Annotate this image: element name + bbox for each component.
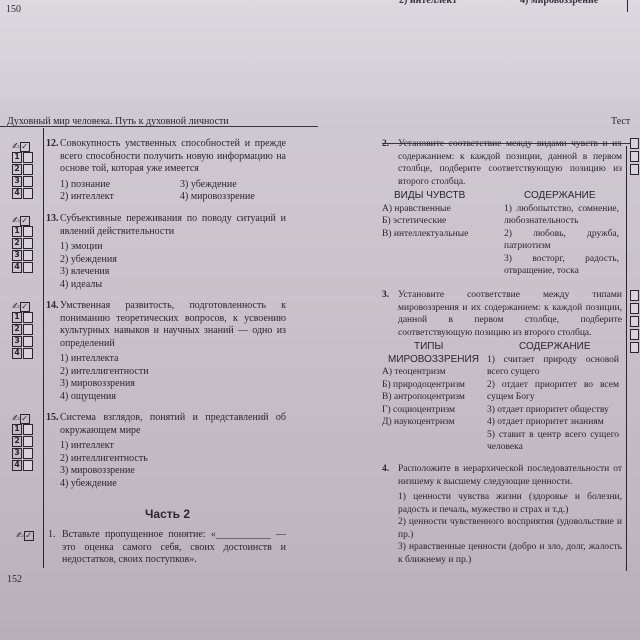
column-header-right: СОДЕРЖАНИЕ (504, 190, 619, 203)
option: 1) познание (60, 179, 180, 192)
right-item: 4) отдает приоритет знаниям (487, 416, 619, 429)
answer-cell-input[interactable] (23, 324, 33, 335)
option: 3) мировоззрение (60, 465, 286, 478)
check-icon: ✓ (20, 142, 30, 152)
answer-cell-label: 4 (12, 348, 22, 359)
answer-cell-label: 3 (12, 176, 22, 187)
answer-cell-label: 3 (12, 448, 22, 459)
part2-q1-mark: ✍✓ (16, 530, 34, 541)
option: 2) интеллигентность (60, 453, 286, 466)
check-icon: ✓ (20, 302, 30, 312)
prev-option-4: 4) мировоззрение (520, 0, 598, 6)
list-item: 2) ценности чувственного восприятия (удо… (398, 516, 622, 541)
left-margin-rule (43, 128, 44, 568)
right-item: 3) восторг, радость, отвращение, тоска (504, 253, 619, 278)
answer-cell-label: 3 (12, 336, 22, 347)
left-page-number: 152 (7, 574, 22, 585)
question-number: 3. (382, 289, 398, 339)
question-text: Расположите в иерархической последовател… (398, 463, 622, 488)
answer-cell-input[interactable] (23, 238, 33, 249)
answer-cell-input[interactable] (23, 348, 33, 359)
left-item: В) интеллектуальные (382, 228, 504, 241)
question-15: 15. Система взглядов, понятий и представ… (46, 412, 286, 490)
option: 2) интеллект (60, 191, 180, 204)
left-item: В) антропоцентризм (382, 391, 487, 404)
right-item: 2) отдает приоритет во всем сущем Богу (487, 379, 619, 404)
answer-cell-input[interactable] (23, 250, 33, 261)
option: 4) идеалы (60, 279, 286, 292)
left-item: Г) социоцентризм (382, 404, 487, 417)
question-text[interactable]: Вставьте пропущенное понятие: «_________… (62, 529, 286, 567)
side-answer-box[interactable] (630, 138, 639, 149)
q15-answer-block: ✍✓ 1 2 3 4 (12, 413, 33, 471)
q14-answer-block: ✍✓ 1 2 3 4 (12, 301, 33, 359)
option: 3) мировоззрения (60, 378, 286, 391)
question-number: 15. (46, 412, 60, 437)
answer-cell-label: 4 (12, 262, 22, 273)
part2-title: Часть 2 (145, 507, 190, 521)
part2-question-1: 1. Вставьте пропущенное понятие: «______… (48, 529, 286, 567)
pencil-icon: ✍ (12, 216, 20, 226)
column-header-right: СОДЕРЖАНИЕ (487, 341, 619, 354)
side-answer-box[interactable] (630, 329, 639, 340)
right-item: 2) любовь, дружба, патриотизм (504, 228, 619, 253)
answer-cell-label: 4 (12, 188, 22, 199)
column-header-left-1: ТИПЫ (382, 341, 487, 354)
side-answer-box[interactable] (630, 342, 639, 353)
option: 1) интеллекта (60, 353, 286, 366)
prev-option-2: 2) интеллект (399, 0, 457, 6)
answer-cell-label: 1 (12, 226, 22, 237)
pencil-icon: ✍ (16, 531, 24, 541)
answer-cell-input[interactable] (23, 460, 33, 471)
option: 1) эмоции (60, 241, 286, 254)
question-2: 2. Установите соответствие между видами … (382, 138, 622, 278)
pencil-icon: ✍ (12, 142, 20, 152)
option: 4) мировоззрение (180, 191, 290, 204)
answer-cell-input[interactable] (23, 312, 33, 323)
question-14: 14. Умственная развитость, подготовленно… (46, 300, 286, 403)
question-text: Совокупность умственных способностей и п… (60, 138, 286, 176)
left-header-rule (0, 126, 318, 127)
question-text: Система взглядов, понятий и представлени… (60, 412, 286, 437)
answer-cell-label: 1 (12, 152, 22, 163)
column-header-left: ВИДЫ ЧУВСТВ (382, 190, 504, 203)
check-icon: ✓ (24, 531, 34, 541)
question-number: 4. (382, 463, 398, 488)
option: 4) ощущения (60, 391, 286, 404)
right-margin-rule (626, 146, 627, 571)
left-item: Д) наукоцентризм (382, 416, 487, 429)
option: 2) убеждения (60, 254, 286, 267)
side-answer-box[interactable] (630, 316, 639, 327)
answer-cell-label: 2 (12, 324, 22, 335)
previous-page-strip (0, 0, 640, 100)
question-text: Установите соответствие между типами мир… (398, 289, 622, 339)
q3-side-answer-block (630, 290, 639, 353)
option: 1) интеллект (60, 440, 286, 453)
question-text: Установите соответствие между видами чув… (398, 138, 622, 188)
left-item: Б) природоцентризм (382, 379, 487, 392)
right-item: 1) считает природу основой всего сущего (487, 354, 619, 379)
list-item: 3) нравственные ценности (добро и зло, д… (398, 541, 622, 566)
question-number: 12. (46, 138, 60, 176)
answer-cell-label: 2 (12, 164, 22, 175)
answer-cell-label: 2 (12, 436, 22, 447)
question-text: Субъективные переживания по поводу ситуа… (60, 213, 286, 238)
right-item: 1) любопытство, сомнение, любознательнос… (504, 203, 619, 228)
option: 2) интеллигентности (60, 366, 286, 379)
check-icon: ✓ (20, 414, 30, 424)
right-running-header: Тест (611, 116, 630, 127)
question-number: 2. (382, 138, 398, 188)
question-text: Умственная развитость, подготовленность … (60, 300, 286, 350)
answer-cell-input[interactable] (23, 262, 33, 273)
question-number: 13. (46, 213, 60, 238)
list-item: 1) ценности чувства жизни (здоровье и бо… (398, 491, 622, 516)
left-item: А) теоцентризм (382, 366, 487, 379)
pencil-icon: ✍ (12, 414, 20, 424)
answer-cell-input[interactable] (23, 448, 33, 459)
answer-cell-input[interactable] (23, 226, 33, 237)
prev-divider (627, 0, 628, 12)
question-13: 13. Субъективные переживания по поводу с… (46, 213, 286, 291)
option: 3) убеждение (180, 179, 290, 192)
column-header-left-2: МИРОВОЗЗРЕНИЯ (382, 354, 487, 367)
answer-cell-input[interactable] (23, 436, 33, 447)
question-3: 3. Установите соответствие между типами … (382, 289, 622, 454)
option: 3) влечения (60, 266, 286, 279)
left-item: Б) эстетические (382, 215, 504, 228)
answer-cell-label: 3 (12, 250, 22, 261)
question-number: 14. (46, 300, 60, 350)
right-item: 5) ставит в центр всего сущего человека (487, 429, 619, 454)
question-12: 12. Совокупность умственных способностей… (46, 138, 286, 204)
q2-side-answer-block (630, 138, 639, 175)
answer-cell-input[interactable] (23, 176, 33, 187)
question-4: 4. Расположите в иерархической последова… (382, 463, 622, 566)
answer-cell-input[interactable] (23, 152, 33, 163)
answer-cell-label: 2 (12, 238, 22, 249)
answer-cell-label: 4 (12, 460, 22, 471)
answer-cell-label: 1 (12, 312, 22, 323)
option: 4) убеждение (60, 478, 286, 491)
answer-cell-input[interactable] (23, 336, 33, 347)
question-number: 1. (48, 529, 62, 567)
answer-cell-input[interactable] (23, 424, 33, 435)
check-icon: ✓ (20, 216, 30, 226)
q13-answer-block: ✍✓ 1 2 3 4 (12, 215, 33, 273)
prev-page-number: 150 (6, 4, 21, 15)
answer-cell-input[interactable] (23, 188, 33, 199)
side-answer-box[interactable] (630, 290, 639, 301)
side-answer-box[interactable] (630, 303, 639, 314)
pencil-icon: ✍ (12, 302, 20, 312)
answer-cell-label: 1 (12, 424, 22, 435)
side-answer-box[interactable] (630, 151, 639, 162)
right-item: 3) отдает приоритет обществу (487, 404, 619, 417)
left-item: А) нравственные (382, 203, 504, 216)
side-answer-box[interactable] (630, 164, 639, 175)
answer-cell-input[interactable] (23, 164, 33, 175)
q12-answer-block: ✍✓ 1 2 3 4 (12, 141, 33, 199)
